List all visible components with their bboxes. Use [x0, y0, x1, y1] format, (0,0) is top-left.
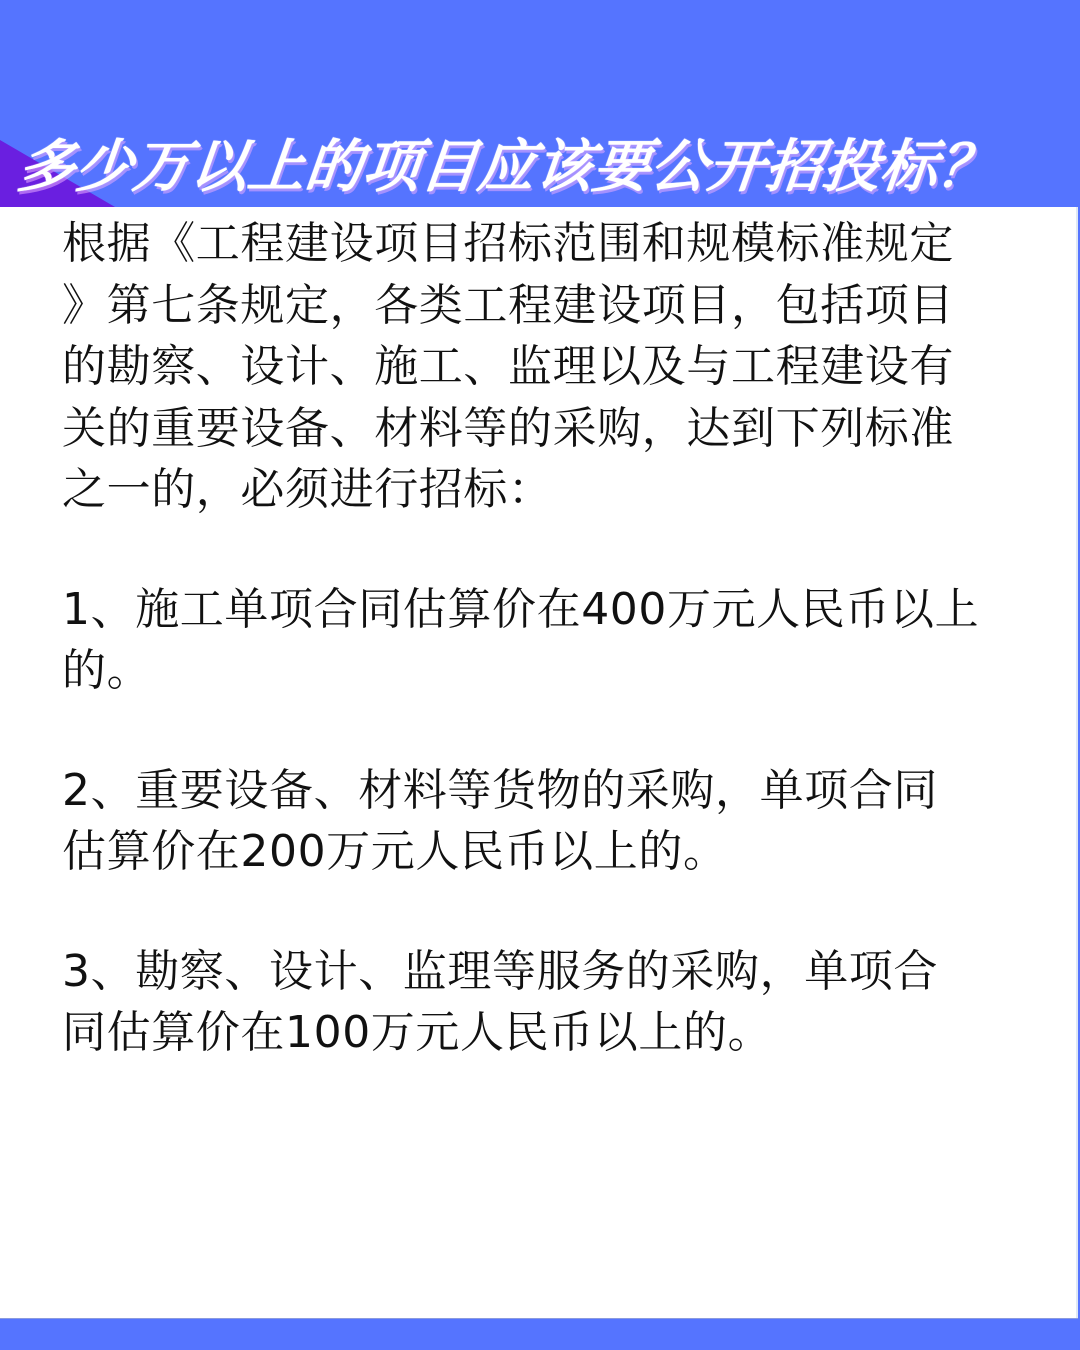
list-item-line: 的。 [62, 640, 1022, 702]
article-body: 根据《工程建设项目招标范围和规模标准规定 》第七条规定，各类工程建设项目，包括项… [62, 213, 1022, 1064]
list-item-line: 3、勘察、设计、监理等服务的采购，单项合 [62, 941, 1022, 1003]
intro-line: 》第七条规定，各类工程建设项目，包括项目 [62, 275, 1022, 337]
list-item-3: 3、勘察、设计、监理等服务的采购，单项合 同估算价在100万元人民币以上的。 [62, 941, 1022, 1064]
intro-line: 关的重要设备、材料等的采购，达到下列标准 [62, 398, 1022, 460]
list-item-2: 2、重要设备、材料等货物的采购，单项合同 估算价在200万元人民币以上的。 [62, 760, 1022, 883]
list-item-line: 1、施工单项合同估算价在400万元人民币以上 [62, 579, 1022, 641]
intro-paragraph: 根据《工程建设项目招标范围和规模标准规定 》第七条规定，各类工程建设项目，包括项… [62, 213, 1022, 521]
list-item-1: 1、施工单项合同估算价在400万元人民币以上 的。 [62, 579, 1022, 702]
intro-line: 根据《工程建设项目招标范围和规模标准规定 [62, 213, 1022, 275]
footer-bar [0, 1319, 1080, 1350]
list-item-line: 2、重要设备、材料等货物的采购，单项合同 [62, 760, 1022, 822]
header-banner: 多少万以上的项目应该要公开招投标？ [0, 0, 1080, 207]
intro-line: 的勘察、设计、施工、监理以及与工程建设有 [62, 336, 1022, 398]
list-item-line: 同估算价在100万元人民币以上的。 [62, 1002, 1022, 1064]
page-title: 多少万以上的项目应该要公开招投标？ [15, 134, 1080, 200]
intro-line: 之一的，必须进行招标： [62, 459, 1022, 521]
list-item-line: 估算价在200万元人民币以上的。 [62, 821, 1022, 883]
